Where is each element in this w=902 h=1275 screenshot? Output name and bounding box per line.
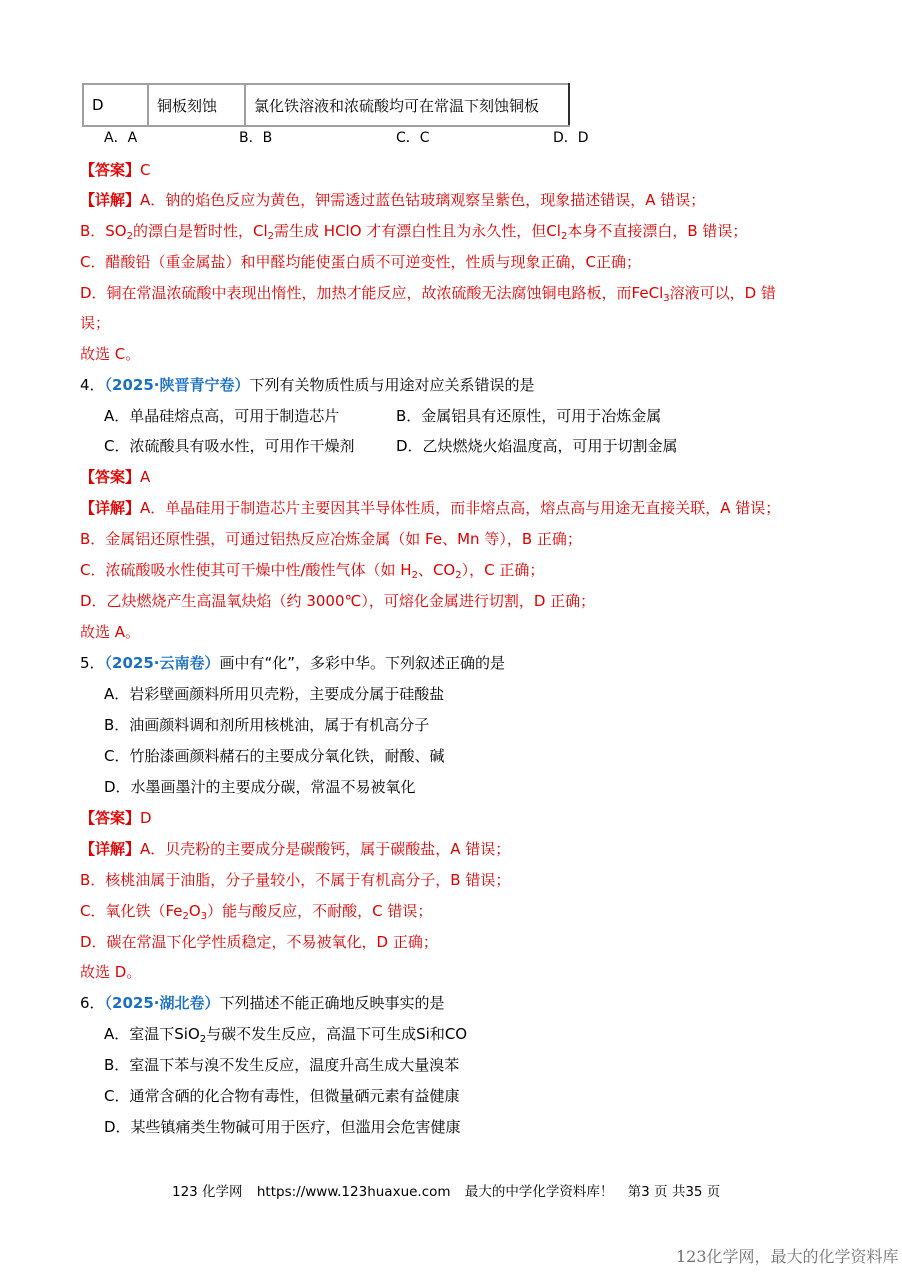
answer-label: 【答案】 [80,809,140,827]
option-text: A．室温下SiO [104,1025,200,1043]
table-row: D 铜板刻蚀 氯化铁溶液和浓硫酸均可在常温下刻蚀铜板 [83,84,569,126]
detail-text: O [189,902,201,920]
footer-slogan: 最大的中学化学资料库！ [465,1184,614,1200]
question-source: （2025·云南卷） [105,654,220,672]
question-text: 画中有“化”，多彩中华。下列叙述正确的是 [220,654,506,672]
q3-detail-a: 【详解】A．钠的焰色反应为黄色，钾需透过蓝色钴玻璃观察呈紫色，现象描述错误，A … [80,190,705,210]
detail-text: 本身不直接漂白，B 错误； [567,222,747,240]
watermark: 123化学网，最大的化学资料库 [676,1244,899,1267]
detail-text: 需生成 HClO 才有漂白性且为永久性，但Cl [274,222,561,240]
q3-option-d: D．D [553,128,589,148]
answer-label: 【答案】 [80,161,140,179]
q3-detail-b: B．SO2的漂白是暂时性，Cl2需生成 HClO 才有漂白性且为永久性，但Cl2… [80,221,747,241]
detail-text: 、CO [418,561,455,579]
q6-option-c: C．通常含硒的化合物有毒性，但微量硒元素有益健康 [104,1086,459,1106]
detail-text: B．SO [80,222,127,240]
detail-text: A．贝壳粉的主要成分是碳酸钙，属于碳酸盐，A 错误； [140,840,510,858]
detail-text: A．钠的焰色反应为黄色，钾需透过蓝色钴玻璃观察呈紫色，现象描述错误，A 错误； [140,191,705,209]
q5-answer: 【答案】D [80,808,152,828]
answer-label: 【答案】 [80,468,140,486]
q3-conclusion: 故选 C。 [80,344,140,364]
q6-option-a: A．室温下SiO2与碳不发生反应，高温下可生成Si和CO [104,1024,467,1044]
q6-option-d: D．某些镇痛类生物碱可用于医疗，但滥用会危害健康 [104,1117,461,1137]
question-number: 4． [80,376,105,394]
q3-option-b: B．B [239,128,272,148]
table-cell-option: D [83,84,148,126]
q3-answer: 【答案】C [80,160,151,180]
question-source: （2025·湖北卷） [105,994,220,1012]
page-footer: 123 化学网 https://www.123huaxue.com 最大的中学化… [172,1180,730,1200]
detail-text: C．浓硫酸吸水性使其可干燥中性/酸性气体（如 H [80,561,412,579]
table-cell-topic: 铜板刻蚀 [148,84,245,126]
q5-option-d: D．水墨画墨汁的主要成分碳，常温不易被氧化 [104,777,416,797]
detail-text: 的漂白是暂时性，Cl [133,222,268,240]
q5-detail-a: 【详解】A．贝壳粉的主要成分是碳酸钙，属于碳酸盐，A 错误； [80,839,510,859]
detail-label: 【详解】 [80,499,140,517]
q4-conclusion: 故选 A。 [80,622,140,642]
q5-option-a: A．岩彩壁画颜料所用贝壳粉，主要成分属于硅酸盐 [104,684,444,704]
question-number: 6． [80,994,105,1012]
q5-detail-b: B．核桃油属于油脂，分子量较小，不属于有机高分子，B 错误； [80,870,510,890]
q3-option-a: A．A [104,128,137,148]
q6-stem: 6．（2025·湖北卷）下列描述不能正确地反映事实的是 [80,993,445,1013]
detail-text: D．铜在常温浓硫酸中表现出惰性，加热才能反应，故浓硫酸无法腐蚀铜电路板，而FeC… [80,284,663,302]
detail-text: A．单晶硅用于制造芯片主要因其半导体性质，而非熔点高，熔点高与用途无直接关联，A… [140,499,780,517]
detail-text: C．氧化铁（Fe [80,902,183,920]
options-table: D 铜板刻蚀 氯化铁溶液和浓硫酸均可在常温下刻蚀铜板 [82,83,570,127]
q4-stem: 4．（2025·陕晋青宁卷）下列有关物质性质与用途对应关系错误的是 [80,375,535,395]
footer-url[interactable]: https://www.123huaxue.com [257,1184,451,1200]
q4-option-d: D．乙炔燃烧火焰温度高，可用于切割金属 [396,436,678,456]
q5-option-c: C．竹胎漆画颜料赭石的主要成分氧化铁，耐酸、碱 [104,746,444,766]
answer-value: D [140,809,152,827]
q3-option-c: C．C [396,128,430,148]
detail-text: ）能与酸反应，不耐酸，C 错误； [207,902,432,920]
detail-label: 【详解】 [80,191,140,209]
q4-answer: 【答案】A [80,467,150,487]
q5-conclusion: 故选 D。 [80,962,141,982]
q4-detail-b: B．金属铝还原性强，可通过铝热反应冶炼金属（如 Fe、Mn 等），B 正确； [80,529,582,549]
detail-text: 溶液可以，D 错 [670,284,776,302]
q4-option-b: B．金属铝具有还原性，可用于冶炼金属 [396,406,661,426]
question-text: 下列描述不能正确地反映事实的是 [220,994,445,1012]
q4-detail-a: 【详解】A．单晶硅用于制造芯片主要因其半导体性质，而非熔点高，熔点高与用途无直接… [80,498,780,518]
q4-option-c: C．浓硫酸具有吸水性，可用作干燥剂 [104,436,354,456]
q3-detail-d: D．铜在常温浓硫酸中表现出惰性，加热才能反应，故浓硫酸无法腐蚀铜电路板，而FeC… [80,283,776,303]
option-text: 与碳不发生反应，高温下可生成Si和CO [206,1025,467,1043]
q5-detail-c: C．氧化铁（Fe2O3）能与酸反应，不耐酸，C 错误； [80,901,432,921]
page-number: 第3 页 共35 页 [628,1184,721,1200]
question-number: 5． [80,654,105,672]
q5-stem: 5．（2025·云南卷）画中有“化”，多彩中华。下列叙述正确的是 [80,653,505,673]
q4-option-a: A．单晶硅熔点高，可用于制造芯片 [104,406,339,426]
detail-label: 【详解】 [80,840,140,858]
table-cell-description: 氯化铁溶液和浓硫酸均可在常温下刻蚀铜板 [245,84,569,126]
q4-detail-d: D．乙炔燃烧产生高温氧炔焰（约 3000℃），可熔化金属进行切割，D 正确； [80,591,595,611]
detail-text: ），C 正确； [462,561,545,579]
q3-detail-c: C．醋酸铅（重金属盐）和甲醛均能使蛋白质不可逆变性，性质与现象正确，C正确； [80,252,641,272]
q5-option-b: B．油画颜料调和剂所用核桃油，属于有机高分子 [104,715,429,735]
q5-detail-d: D．碳在常温下化学性质稳定，不易被氧化，D 正确； [80,932,438,952]
answer-value: C [140,161,150,179]
q4-detail-c: C．浓硫酸吸水性使其可干燥中性/酸性气体（如 H2、CO2），C 正确； [80,560,544,580]
q6-option-b: B．室温下苯与溴不发生反应，温度升高生成大量溴苯 [104,1055,459,1075]
answer-value: A [140,468,150,486]
question-text: 下列有关物质性质与用途对应关系错误的是 [250,376,535,394]
question-source: （2025·陕晋青宁卷） [105,376,250,394]
q3-detail-d-cont: 误； [80,313,110,333]
footer-site: 123 化学网 [172,1184,243,1200]
